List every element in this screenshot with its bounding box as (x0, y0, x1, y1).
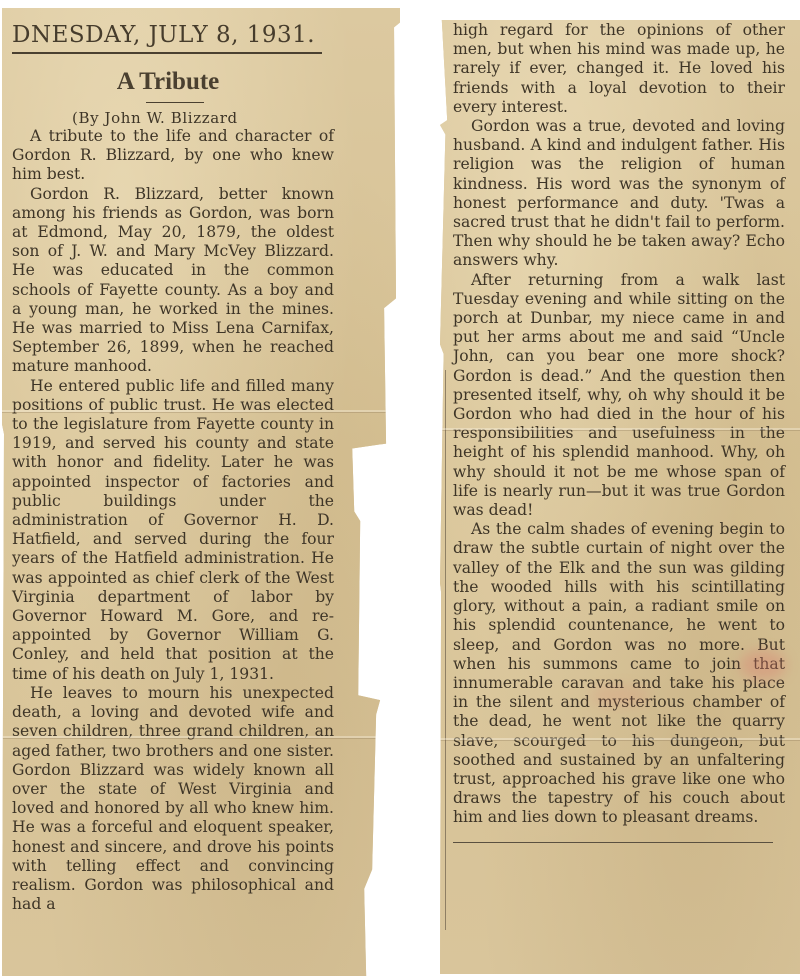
dateline: DNESDAY, JULY 8, 1931. (12, 8, 322, 54)
byline: (By John W. Blizzard (72, 109, 400, 127)
paragraph: He entered public life and filled many p… (12, 377, 334, 684)
paragraph: A tribute to the life and character of G… (12, 127, 334, 185)
paragraph: Gordon R. Blizzard, better known among h… (12, 185, 334, 377)
headline-rule (146, 102, 204, 103)
paper-fold (2, 736, 400, 738)
paper-fold (2, 410, 400, 412)
paragraph: Gordon was a true, devoted and loving hu… (453, 117, 785, 271)
ink-stain (740, 650, 786, 680)
paragraph: After returning from a walk last Tuesday… (453, 271, 785, 521)
paper-fold (440, 428, 800, 430)
clipping-left-column: DNESDAY, JULY 8, 1931. A Tribute (By Joh… (2, 8, 400, 976)
paragraph: high regard for the opinions of other me… (453, 21, 785, 117)
headline: A Tribute (8, 68, 328, 96)
clipping-right-column: high regard for the opinions of other me… (440, 20, 800, 974)
column-rule (445, 370, 446, 930)
paragraph: As the calm shades of evening begin to d… (453, 520, 785, 827)
paper-fold (440, 738, 800, 740)
bottom-rule (453, 842, 773, 843)
ink-stain (590, 685, 650, 707)
paragraph: He leaves to mourn his unexpected death,… (12, 684, 334, 914)
left-column-text: A tribute to the life and character of G… (12, 127, 334, 914)
